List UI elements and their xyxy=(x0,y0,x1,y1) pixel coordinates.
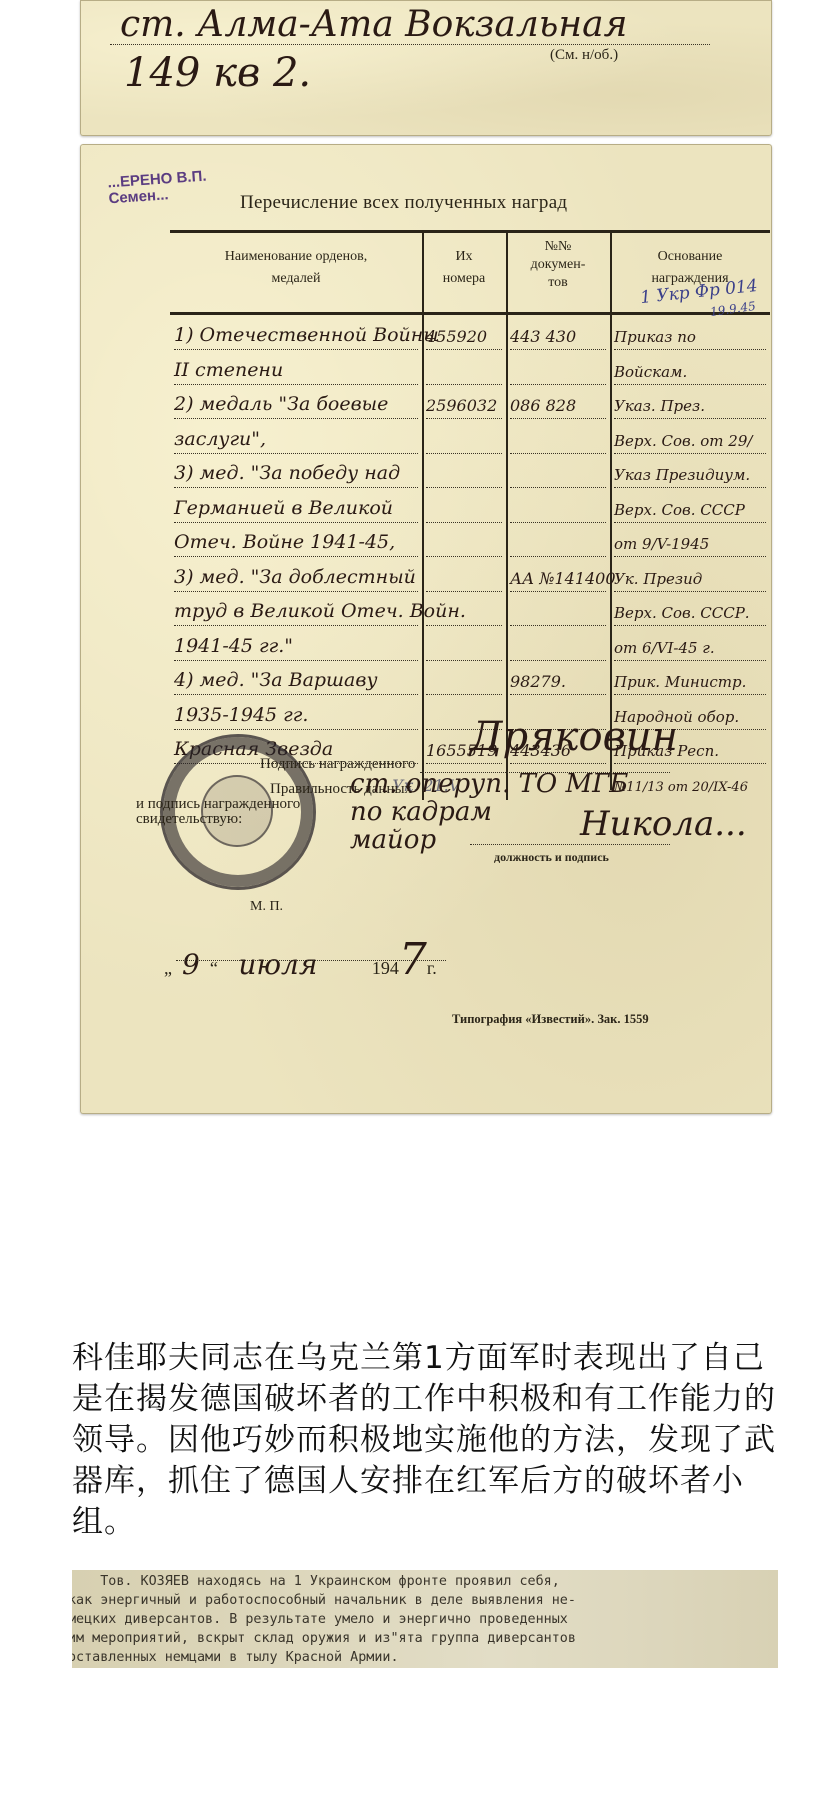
header-line: Основание xyxy=(610,248,770,266)
table-cell-name: Германией в Великой xyxy=(170,489,422,525)
header-line: Их xyxy=(422,248,506,266)
cell-text: от 6/VI-45 г. xyxy=(614,639,715,657)
header-line: докумен- xyxy=(506,256,610,274)
table-cell-basis: Верх. Сов. СССР xyxy=(610,489,770,525)
cell-text: Войскам. xyxy=(614,363,687,381)
cell-text: 086 828 xyxy=(510,396,576,415)
cell-text: 2) медаль "За боевые xyxy=(174,393,388,415)
table-cell-document: 443 430 xyxy=(506,316,610,352)
cell-text: Верх. Сов. СССР. xyxy=(614,604,750,622)
header-bottom-rule xyxy=(170,312,770,315)
table-row: 4) мед. "За Варшаву98279.Прик. Министр. xyxy=(170,661,770,697)
typed-line: Тов. КОЗЯЕВ находясь на 1 Украинском фро… xyxy=(72,1572,576,1591)
table-cell-name: 2) медаль "За боевые xyxy=(170,385,422,421)
table-cell-document xyxy=(506,420,610,456)
cell-text: Верх. Сов. от 29/ xyxy=(614,432,752,450)
table-cell-name: Отеч. Войне 1941-45, xyxy=(170,523,422,559)
cell-text: 1) Отечественной Войны xyxy=(174,324,439,346)
awards-table: Наименование орденов, медалей Их номера … xyxy=(170,230,770,790)
cell-text: Приказ по xyxy=(614,328,696,346)
typed-citation-excerpt: Тов. КОЗЯЕВ находясь на 1 Украинском фро… xyxy=(72,1570,778,1668)
typed-lines: Тов. КОЗЯЕВ находясь на 1 Украинском фро… xyxy=(72,1572,576,1667)
table-cell-name: 1) Отечественной Войны xyxy=(170,316,422,352)
table-row: 3) мед. "За победу надУказ Президиум. xyxy=(170,454,770,490)
table-cell-number xyxy=(422,489,506,525)
table-cell-number xyxy=(422,420,506,456)
table-cell-document: 98279. xyxy=(506,661,610,697)
cell-text: 1935-1945 гг. xyxy=(174,704,308,726)
cell-text: АА №141400 xyxy=(510,569,616,588)
header-award-name: Наименование орденов, медалей xyxy=(170,248,422,288)
table-cell-number xyxy=(422,661,506,697)
table-cell-name: II степени xyxy=(170,351,422,387)
cell-text: заслуги", xyxy=(174,428,266,450)
cell-text: 1941-45 гг." xyxy=(174,635,293,657)
table-cell-name: 1935-1945 гг. xyxy=(170,696,422,732)
table-cell-basis: Указ Президиум. xyxy=(610,454,770,490)
cell-text: Германией в Великой xyxy=(174,497,393,519)
header-document-numbers: №№ докумен- тов xyxy=(506,238,610,292)
verifier-signature: Никола... xyxy=(580,804,747,844)
cell-text: 3) мед. "За доблестный xyxy=(174,566,416,588)
table-cell-number: 2596032 xyxy=(422,385,506,421)
cell-text: Ук. Презид xyxy=(614,570,702,588)
typed-line: им мероприятий, вскрыт склад оружия и из… xyxy=(72,1629,576,1648)
date-month: июля xyxy=(238,948,317,981)
cell-text: 2596032 xyxy=(426,396,497,415)
cell-text: Прик. Министр. xyxy=(614,673,746,691)
date-underline xyxy=(176,960,446,961)
handwritten-apartment-line: 149 кв 2. xyxy=(124,50,311,96)
table-cell-basis: от 6/VI-45 г. xyxy=(610,627,770,663)
table-row: труд в Великой Отеч. Войн.Верх. Сов. ССС… xyxy=(170,592,770,628)
table-cell-document xyxy=(506,351,610,387)
table-row: 1) Отечественной Войны455920443 430Прика… xyxy=(170,316,770,352)
table-cell-basis: Верх. Сов. от 29/ xyxy=(610,420,770,456)
date-year-prefix: 194 xyxy=(372,958,399,978)
table-cell-basis: №11/13 от 20/IX-46 xyxy=(610,765,770,801)
cell-text: 3) мед. "За победу над xyxy=(174,462,400,484)
table-cell-document xyxy=(506,489,610,525)
table-cell-name: 4) мед. "За Варшаву xyxy=(170,661,422,697)
cell-text: Указ. През. xyxy=(614,397,705,415)
table-row: 3) мед. "За доблестныйАА №141400Ук. През… xyxy=(170,558,770,594)
position-signature-line xyxy=(470,844,670,845)
cell-text: II степени xyxy=(174,359,283,381)
address-card-fragment: ст. Алма-Ата Вокзальная 149 кв 2. (См. н… xyxy=(80,0,772,136)
table-cell-name: 3) мед. "За доблестный xyxy=(170,558,422,594)
table-cell-document xyxy=(506,523,610,559)
table-cell-name: 3) мед. "За победу над xyxy=(170,454,422,490)
header-line: Наименование орденов, xyxy=(170,248,422,266)
typed-line: как энергичный и работоспособный начальн… xyxy=(72,1591,576,1610)
cell-text: 443 430 xyxy=(510,327,576,346)
cell-text: 98279. xyxy=(510,672,566,691)
table-cell-document xyxy=(506,592,610,628)
table-row: II степениВойскам. xyxy=(170,351,770,387)
header-line: тов xyxy=(506,274,610,292)
table-cell-basis: Приказ по xyxy=(610,316,770,352)
address-underline xyxy=(110,44,710,45)
table-row: Германией в ВеликойВерх. Сов. СССР xyxy=(170,489,770,525)
table-cell-number xyxy=(422,454,506,490)
chinese-translation-caption: 科佳耶夫同志在乌克兰第1方面军时表现出了自己是在揭发德国破坏者的工作中积极和有工… xyxy=(72,1338,782,1543)
purple-ink-stamp: ...ЕРЕНО В.П. Семен... xyxy=(107,169,208,208)
header-award-numbers: Их номера xyxy=(422,248,506,288)
cell-text: Верх. Сов. СССР xyxy=(614,501,745,519)
typed-line: оставленных немцами в тылу Красной Армии… xyxy=(72,1648,576,1667)
typed-line: мецких диверсантов. В результате умело и… xyxy=(72,1610,576,1629)
table-row: Отеч. Войне 1941-45,от 9/V-1945 xyxy=(170,523,770,559)
table-cell-document xyxy=(506,454,610,490)
table-cell-basis: Ук. Презид xyxy=(610,558,770,594)
printer-imprint: Типография «Известий». Зак. 1559 xyxy=(452,1012,649,1027)
table-cell-number: 455920 xyxy=(422,316,506,352)
section-title: Перечисление всех полученных наград xyxy=(240,192,567,214)
seal-place-label: М. П. xyxy=(250,899,283,915)
table-cell-basis: от 9/V-1945 xyxy=(610,523,770,559)
table-top-rule xyxy=(170,230,770,233)
table-cell-number xyxy=(422,592,506,628)
cell-text: №11/13 от 20/IX-46 xyxy=(614,780,748,795)
cell-text: 455920 xyxy=(426,327,487,346)
table-cell-basis: Верх. Сов. СССР. xyxy=(610,592,770,628)
date-year-unit: г. xyxy=(427,958,437,978)
header-line: медалей xyxy=(170,270,422,288)
table-cell-name: труд в Великой Отеч. Войн. xyxy=(170,592,422,628)
table-row: 2) медаль "За боевые2596032086 828Указ. … xyxy=(170,385,770,421)
recipient-signature: Дряковин xyxy=(470,714,678,760)
table-cell-number xyxy=(422,351,506,387)
table-cell-basis: Указ. През. xyxy=(610,385,770,421)
header-line: №№ xyxy=(506,238,610,256)
header-line: номера xyxy=(422,270,506,288)
handwritten-address-line: ст. Алма-Ата Вокзальная xyxy=(120,4,627,45)
table-cell-document: АА №141400 xyxy=(506,558,610,594)
cell-text: Отеч. Войне 1941-45, xyxy=(174,531,395,553)
table-cell-number xyxy=(422,627,506,663)
table-cell-number xyxy=(422,558,506,594)
cell-text: 4) мед. "За Варшаву xyxy=(174,669,377,691)
table-cell-name: заслуги", xyxy=(170,420,422,456)
table-row: заслуги",Верх. Сов. от 29/ xyxy=(170,420,770,456)
position-signature-label: должность и подпись xyxy=(494,850,609,865)
cell-text: Указ Президиум. xyxy=(614,466,750,484)
see-reverse-note: (См. н/об.) xyxy=(550,47,618,64)
table-cell-basis: Прик. Министр. xyxy=(610,661,770,697)
table-cell-name: 1941-45 гг." xyxy=(170,627,422,663)
award-record-card: ...ЕРЕНО В.П. Семен... Перечисление всех… xyxy=(80,144,772,1114)
table-cell-basis: Войскам. xyxy=(610,351,770,387)
date-day: 9 xyxy=(182,948,200,981)
table-cell-number xyxy=(422,523,506,559)
verifier-position-line: ст. оперуп. ТО МГБ xyxy=(350,770,628,798)
table-cell-document: 086 828 xyxy=(506,385,610,421)
table-row: 1941-45 гг."от 6/VI-45 г. xyxy=(170,627,770,663)
cell-text: от 9/V-1945 xyxy=(614,535,709,553)
table-cell-document xyxy=(506,627,610,663)
